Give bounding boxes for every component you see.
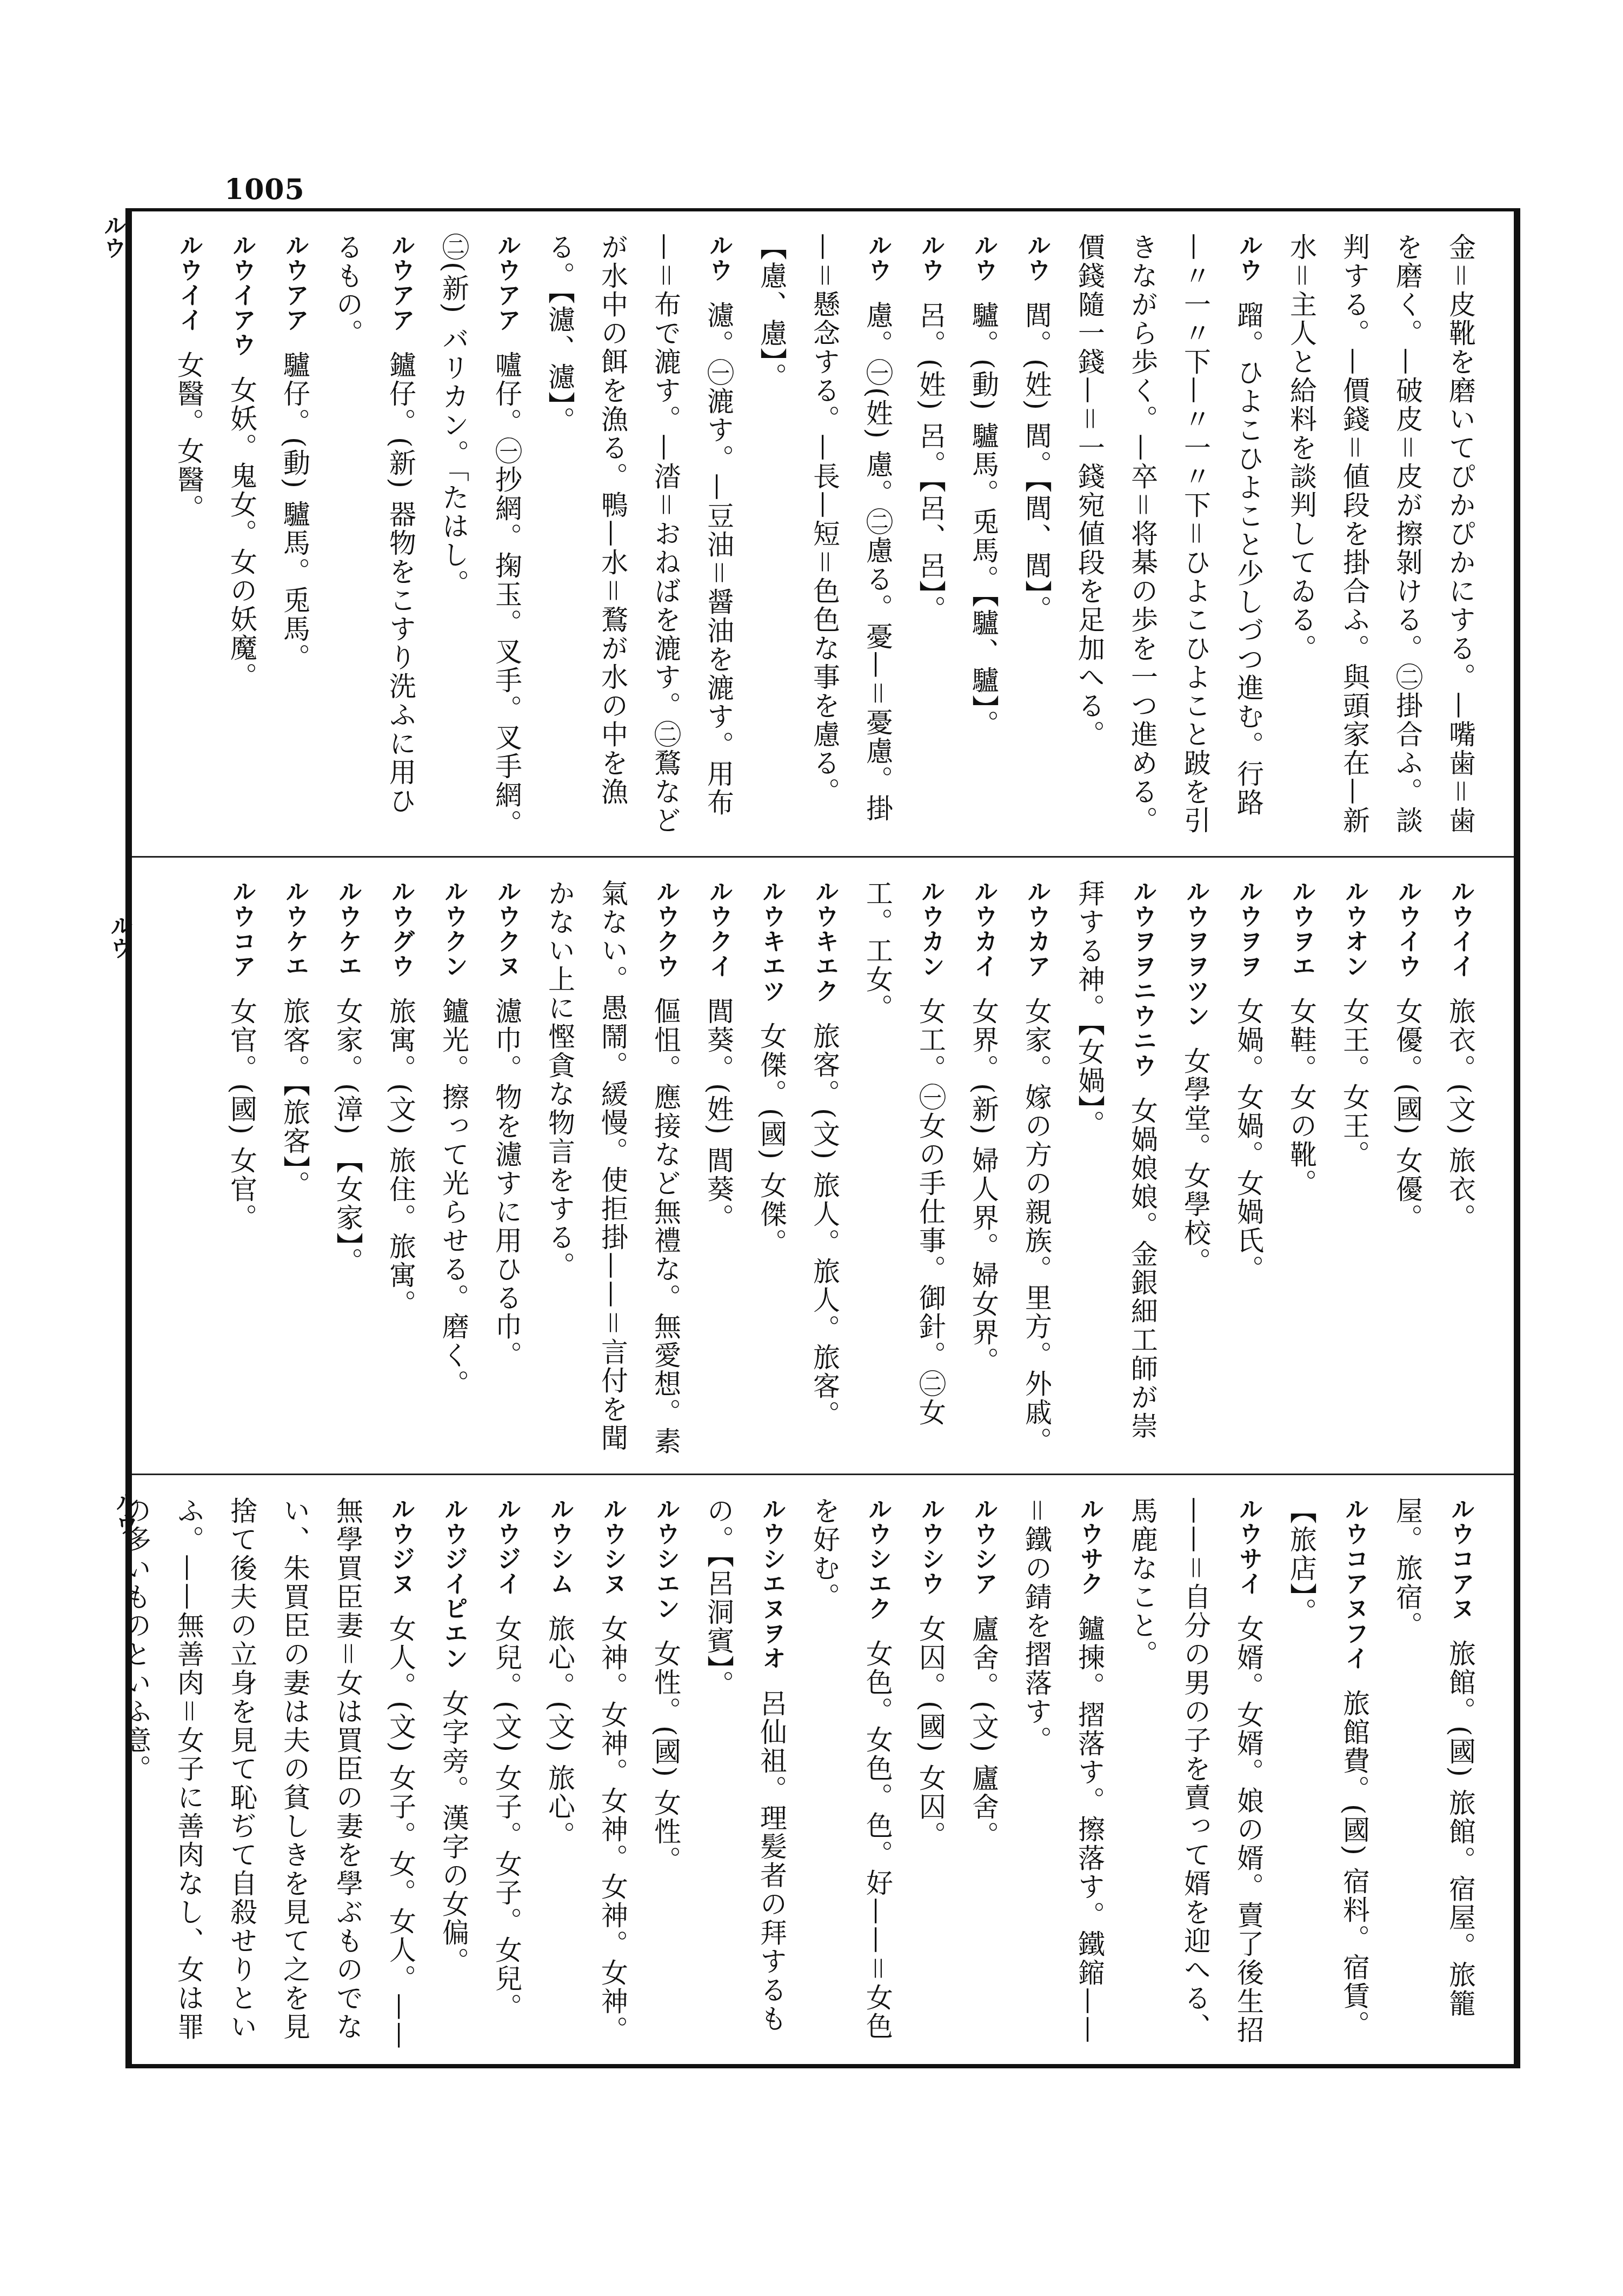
entry-reading: ルウケエ	[334, 879, 362, 979]
entry-reading: ルウシヌ	[599, 1497, 627, 1596]
dictionary-entry: ルウシア 廬舍。(文) 廬舍。	[957, 1497, 1010, 2051]
entry-reading: ルウイイ	[1447, 879, 1474, 979]
entry-reading: ルウシウ	[917, 1497, 944, 1596]
dictionary-entry: ルウイアウ 女妖。鬼女。女の妖魔。	[215, 233, 268, 840]
entry-definition: 閭葵。(姓) 閭葵。	[703, 997, 734, 1232]
entry-definition: 女界。(新) 婦人界。婦女界。	[968, 997, 999, 1376]
entry-definition: 女家。(漳) 【女家】。	[332, 997, 363, 1276]
entry-reading: ルウ	[1235, 233, 1262, 283]
entry-reading: ルウケエ	[281, 879, 309, 979]
entry-reading: ルウヲヲ	[1235, 879, 1262, 979]
entry-reading: ルウアア	[387, 233, 415, 333]
dictionary-entry: ルウ 驢。(動) 驢馬。兎馬。【驢、驢】。	[957, 233, 1010, 840]
entry-definition: 呂。(姓) 呂。【呂、呂】。	[915, 301, 946, 624]
entry-reading: ルウサク	[1076, 1497, 1103, 1596]
entry-reading: ルウジヌ	[387, 1497, 415, 1596]
entry-definition: 蹓。ひよこひよこと少しづつ進む。行路—〃一〃下—〃一〃下＝ひよこひよこと跛を引き…	[1074, 233, 1264, 835]
dictionary-entry: ルウキエツ 女傑。(國) 女傑。	[745, 879, 798, 1457]
entry-reading: ルウイアウ	[228, 233, 256, 357]
dictionary-entry: ルウクヌ 濾巾。物を濾すに用ひる巾。	[480, 879, 533, 1457]
entry-reading: ルウカイ	[970, 879, 997, 979]
entry-reading: ルウアア	[281, 233, 309, 333]
entry-definition: 女傑。(國) 女傑。	[756, 1022, 787, 1257]
dictionary-entry: ルウオン 女王。女王。	[1328, 879, 1381, 1457]
dictionary-entry: ルウカア 女家。嫁の方の親族。里方。外戚。	[1010, 879, 1063, 1457]
entry-definition: 閭。(姓) 閭。【閭、閭】。	[1021, 301, 1052, 624]
dictionary-entry: ルウイイ 女醫。女醫。	[162, 233, 215, 840]
entry-reading: ルウグウ	[387, 879, 415, 979]
entry-reading: ルウキエク	[811, 879, 839, 1004]
dictionary-entry: ルウヲヲニウニウ 女媧娘娘。金銀細工師が崇拜する神。【女媧】。	[1063, 879, 1169, 1457]
dictionary-entry: ルウヲエ 女鞋。女の靴。	[1275, 879, 1328, 1457]
entry-reading: ルウ	[1023, 233, 1050, 283]
dictionary-entry: ルウシヌ 女神。女神。女神。女神。女神。	[586, 1497, 639, 2051]
dictionary-entry: ルウアア 嚧仔。㊀抄網。掬玉。叉手。叉手網。㊁(新) バリカン。「たはし。	[427, 233, 533, 840]
dictionary-entry: ルウジヌ 女人。(文) 女子。女。女人。——無學買臣妻＝女は買臣の妻を學ぶもので…	[132, 1497, 427, 2051]
entry-definition: 女字旁。漢字の女偏。	[438, 1689, 469, 1976]
dictionary-entry: ルウサク 鑪揀。摺落す。擦落す。鐵鏥——＝鐵の錆を摺落す。	[1010, 1497, 1116, 2051]
entry-definition: 女醫。女醫。	[173, 351, 204, 523]
dictionary-entry: ルウクウ 傴怚。應接など無禮な。無愛想。素氣ない。愚鬧。緩慢。使拒掛——＝言付を…	[533, 879, 692, 1457]
entry-definition: 旅客。【旅客】。	[279, 997, 310, 1199]
entry-reading: ルウジイピエン	[440, 1497, 468, 1671]
dictionary-entry: ルウシエク 女色。女色。色。好——＝女色を好む。	[798, 1497, 904, 2051]
entry-definition: 女王。女王。	[1339, 997, 1370, 1169]
dictionary-entry: ルウイウ 女優。(國) 女優。	[1381, 879, 1434, 1457]
dictionary-entry: ルウ 濾。㊀漉す。—豆油＝醤油を漉す。用布—＝布で漉す。—涾＝おねばを漉す。㊁鶩…	[533, 233, 745, 840]
entry-reading: ルウオン	[1341, 879, 1368, 979]
dictionary-entry: ルウアア 驢仔。(動) 驢馬。兎馬。	[268, 233, 321, 840]
tier-middle: ルウイイ 旅衣。(文) 旅衣。 ルウイウ 女優。(國) 女優。 ルウオン 女王。…	[132, 858, 1514, 1475]
margin-index-label-top: ルウ	[97, 214, 130, 259]
entry-definition: 女官。(國) 女官。	[226, 997, 257, 1232]
dictionary-entry: ルウシエン 女性。(國) 女性。	[639, 1497, 692, 2051]
entry-reading: ルウクヌ	[493, 879, 521, 979]
entry-reading: ルウコアヌ	[1447, 1497, 1474, 1621]
dictionary-entry: ルウクン 鑪光。擦って光らせる。磨く。	[427, 879, 480, 1457]
entry-definition: 鑪光。擦って光らせる。磨く。	[438, 997, 469, 1398]
entry-reading: ルウ	[970, 233, 997, 283]
entry-definition: 旅衣。(文) 旅衣。	[1445, 997, 1476, 1232]
entry-definition: 驢仔。(動) 驢馬。兎馬。	[279, 351, 310, 672]
dictionary-entry: ルウイイ 旅衣。(文) 旅衣。	[1434, 879, 1487, 1457]
dictionary-entry: ルウキエク 旅客。(文) 旅人。旅人。旅客。	[798, 879, 851, 1457]
entry-reading: ルウコア	[228, 879, 256, 979]
entry-reading: ルウシエヌヲオ	[758, 1497, 786, 1671]
entry-reading: ルウヲヲニウニウ	[1129, 879, 1156, 1078]
entry-definition: 女神。女神。女神。女神。女神。	[597, 1615, 628, 2045]
dictionary-entry: ルウシム 旅心。(文) 旅心。	[533, 1497, 586, 2051]
entry-reading: ルウサイ	[1235, 1497, 1262, 1596]
tier-bottom-columns: ルウコアヌ 旅館。(國) 旅館。宿屋。旅籠屋。旅宿。 ルウコアヌフイ 旅館費。(…	[154, 1497, 1487, 2051]
entry-definition: 女家。嫁の方の親族。里方。外戚。	[1021, 997, 1052, 1456]
entry-reading: ルウ	[705, 233, 733, 283]
entry-definition: 慮。㊀(姓) 慮。㊁慮る。憂—＝憂慮。掛—＝懸念する。—長—短＝色色な事を慮る。…	[756, 233, 893, 823]
entry-reading: ルウシア	[970, 1497, 997, 1596]
entry-definition: 女人。(文) 女子。女。女人。——無學買臣妻＝女は買臣の妻を學ぶものでない、朱買…	[132, 1497, 416, 2051]
entry-definition: 驢。(動) 驢馬。兎馬。【驢、驢】。	[968, 301, 999, 739]
dictionary-entry: ルウコアヌフイ 旅館費。(國) 宿料。宿賃。【旅店】。	[1275, 1497, 1381, 2051]
entry-definition: 旅客。(文) 旅人。旅人。旅客。	[809, 1022, 840, 1429]
dictionary-entry: 金＝皮靴を磨いてぴかぴかにする。—嘴歯＝歯を磨く。—破皮＝皮が擦剝ける。㊁掛合ふ…	[1275, 233, 1487, 840]
dictionary-entry: ルウシエヌヲオ 呂仙祖。理髪者の拜するもの。【呂洞賓】。	[692, 1497, 798, 2051]
dictionary-entry: ルウジイ 女兒。(文) 女子。女子。女兒。	[480, 1497, 533, 2051]
tier-middle-columns: ルウイイ 旅衣。(文) 旅衣。 ルウイウ 女優。(國) 女優。 ルウオン 女王。…	[154, 879, 1487, 1457]
tier-top-columns: 金＝皮靴を磨いてぴかぴかにする。—嘴歯＝歯を磨く。—破皮＝皮が擦剝ける。㊁掛合ふ…	[154, 233, 1487, 840]
dictionary-entry: ルウヲヲ 女媧。女媧。女媧氏。	[1222, 879, 1275, 1457]
dictionary-entry: ルウクイ 閭葵。(姓) 閭葵。	[692, 879, 745, 1457]
entry-definition: 旅寓。(文) 旅住。旅寓。	[385, 997, 416, 1318]
entry-definition: 金＝皮靴を磨いてぴかぴかにする。—嘴歯＝歯を磨く。—破皮＝皮が擦剝ける。㊁掛合ふ…	[1286, 233, 1476, 835]
entry-definition: 濾巾。物を濾すに用ひる巾。	[491, 997, 522, 1370]
entry-definition: 女學堂。女學校。	[1180, 1047, 1211, 1276]
entry-reading: ルウクン	[440, 879, 468, 979]
dictionary-entry: ルウカイ 女界。(新) 婦人界。婦女界。	[957, 879, 1010, 1457]
entry-definition: 女妖。鬼女。女の妖魔。	[226, 376, 257, 691]
dictionary-entry: ルウ 慮。㊀(姓) 慮。㊁慮る。憂—＝憂慮。掛—＝懸念する。—長—短＝色色な事を…	[745, 233, 904, 840]
dictionary-entry: ルウカン 女工。㊀女の手仕事。御針。㊁女工。工女。	[851, 879, 957, 1457]
entry-reading: ルウシエク	[864, 1497, 892, 1621]
dictionary-entry: ルウ 蹓。ひよこひよこと少しづつ進む。行路—〃一〃下—〃一〃下＝ひよこひよこと跛…	[1063, 233, 1275, 840]
entry-reading: ルウキエツ	[758, 879, 786, 1004]
dictionary-entry: ルウサイ 女婿。女婿。娘の婿。賣了後生招——＝自分の男の子を賣って婿を迎へる、馬…	[1116, 1497, 1275, 2051]
dictionary-entry: ルウシウ 女囚。(國) 女囚。	[904, 1497, 957, 2051]
entry-reading: ルウカア	[1023, 879, 1050, 979]
entry-reading: ルウシエン	[652, 1497, 680, 1621]
dictionary-entry: ルウヲヲツン 女學堂。女學校。	[1169, 879, 1222, 1457]
dictionary-entry: ルウコアヌ 旅館。(國) 旅館。宿屋。旅籠屋。旅宿。	[1381, 1497, 1487, 2051]
entry-reading: ルウジイ	[493, 1497, 521, 1596]
entry-reading: ルウクイ	[705, 879, 733, 979]
tier-bottom: ルウコアヌ 旅館。(國) 旅館。宿屋。旅籠屋。旅宿。 ルウコアヌフイ 旅館費。(…	[132, 1475, 1514, 2067]
dictionary-entry: ルウアア 鑪仔。(新) 器物をこすり洗ふに用ひるもの。	[321, 233, 427, 840]
entry-reading: ルウアア	[493, 233, 521, 333]
entry-definition: 廬舍。(文) 廬舍。	[968, 1615, 999, 1850]
entry-reading: ルウイイ	[175, 233, 203, 333]
entry-reading: ルウイウ	[1394, 879, 1421, 979]
tier-top: 金＝皮靴を磨いてぴかぴかにする。—嘴歯＝歯を磨く。—破皮＝皮が擦剝ける。㊁掛合ふ…	[132, 211, 1514, 858]
dictionary-entry: ルウ 呂。(姓) 呂。【呂、呂】。	[904, 233, 957, 840]
entry-reading: ルウ	[864, 233, 892, 283]
dictionary-entry: ルウグウ 旅寓。(文) 旅住。旅寓。	[374, 879, 427, 1457]
dictionary-entry: ルウジイピエン 女字旁。漢字の女偏。	[427, 1497, 480, 2051]
entry-reading: ルウヲヲツン	[1182, 879, 1209, 1028]
entry-reading: ルウ	[917, 233, 944, 283]
entry-reading: ルウシム	[546, 1497, 574, 1596]
dictionary-entry: ルウコア 女官。(國) 女官。	[215, 879, 268, 1457]
page-number: 1005	[224, 173, 305, 206]
entry-definition: 濾。㊀漉す。—豆油＝醤油を漉す。用布—＝布で漉す。—涾＝おねばを漉す。㊁鶩などが…	[544, 233, 734, 835]
entry-reading: ルウカン	[917, 879, 944, 979]
entry-definition: 女鞋。女の靴。	[1286, 997, 1317, 1198]
entry-reading: ルウヲエ	[1288, 879, 1315, 979]
dictionary-entry: ルウ 閭。(姓) 閭。【閭、閭】。	[1010, 233, 1063, 840]
entry-definition: 女優。(國) 女優。	[1392, 997, 1423, 1232]
dictionary-entry: ルウケエ 旅客。【旅客】。	[268, 879, 321, 1457]
entry-definition: 女兒。(文) 女子。女子。女兒。	[491, 1615, 522, 2022]
entry-definition: 女囚。(國) 女囚。	[915, 1615, 946, 1850]
entry-definition: 女媧。女媧。女媧氏。	[1233, 997, 1264, 1284]
dictionary-page-frame: 金＝皮靴を磨いてぴかぴかにする。—嘴歯＝歯を磨く。—破皮＝皮が擦剝ける。㊁掛合ふ…	[125, 208, 1520, 2068]
entry-definition: 旅心。(文) 旅心。	[544, 1615, 575, 1850]
dictionary-entry: ルウケエ 女家。(漳) 【女家】。	[321, 879, 374, 1457]
entry-reading: ルウクウ	[652, 879, 680, 979]
entry-reading: ルウコアヌフイ	[1341, 1497, 1368, 1671]
entry-definition: 女性。(國) 女性。	[650, 1640, 681, 1875]
